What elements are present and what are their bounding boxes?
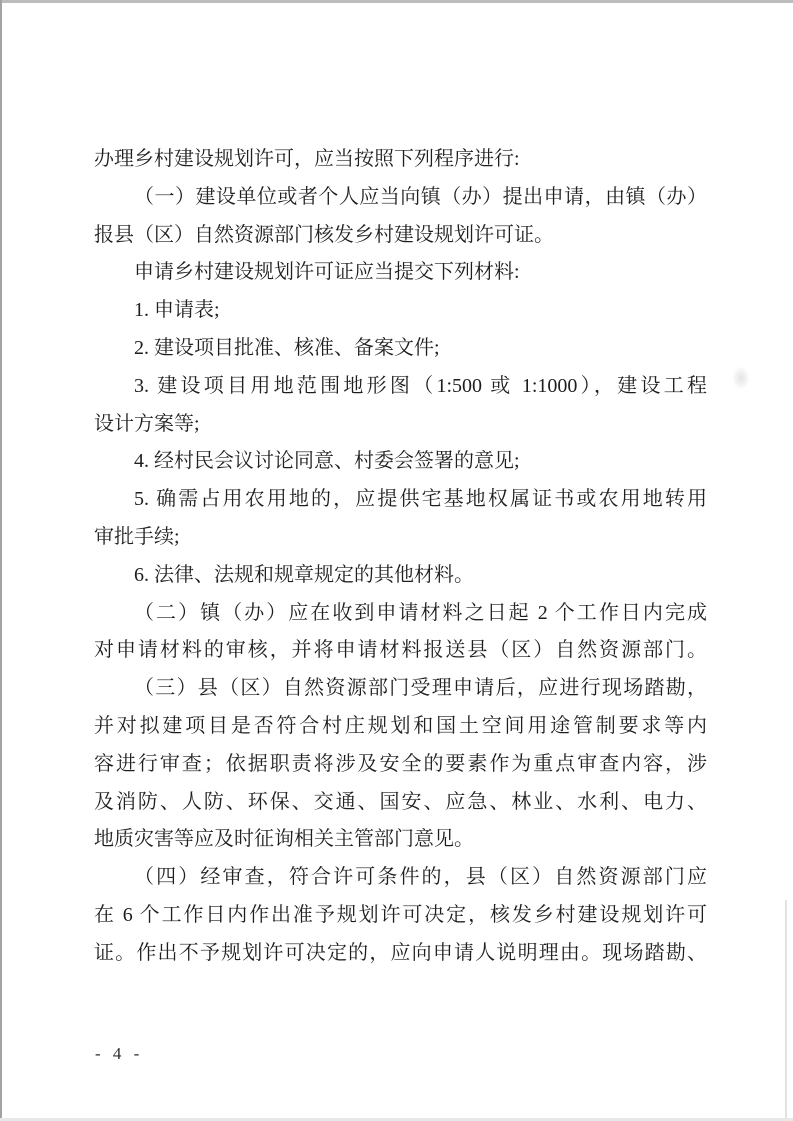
scan-edge-top <box>0 0 793 3</box>
text-line: 办理乡村建设规划许可，应当按照下列程序进行: <box>94 141 707 179</box>
text-line: 6. 法律、法规和规章规定的其他材料。 <box>94 557 707 595</box>
scan-edge-left <box>0 0 2 1121</box>
text-line: 设计方案等; <box>94 406 707 444</box>
text-line: 4. 经村民会议讨论同意、村委会签署的意见; <box>94 443 707 481</box>
text-line: 审批手续; <box>94 519 707 557</box>
page-number: - 4 - <box>95 1044 143 1064</box>
text-line: 地质灾害等应及时征询相关主管部门意见。 <box>94 821 707 859</box>
scan-edge-right <box>785 900 787 1121</box>
text-line: （四）经审查，符合许可条件的，县（区）自然资源部门应 <box>94 859 707 897</box>
text-line: 在 6 个工作日内作出准予规划许可决定，核发乡村建设规划许可 <box>94 897 707 935</box>
document-page: 办理乡村建设规划许可，应当按照下列程序进行: （一）建设单位或者个人应当向镇（办… <box>0 0 793 1121</box>
text-line: 报县（区）自然资源部门核发乡村建设规划许可证。 <box>94 217 707 255</box>
text-line: （一）建设单位或者个人应当向镇（办）提出申请，由镇（办） <box>94 179 707 217</box>
text-line: 1. 申请表; <box>94 292 707 330</box>
text-line: （二）镇（办）应在收到申请材料之日起 2 个工作日内完成 <box>94 595 707 633</box>
text-line: （三）县（区）自然资源部门受理申请后，应进行现场踏勘， <box>94 670 707 708</box>
text-line: 对申请材料的审核，并将申请材料报送县（区）自然资源部门。 <box>94 632 707 670</box>
text-line: 5. 确需占用农用地的，应提供宅基地权属证书或农用地转用 <box>94 481 707 519</box>
text-line: 3. 建设项目用地范围地形图（1:500 或 1:1000），建设工程 <box>94 368 707 406</box>
text-line: 及消防、人防、环保、交通、国安、应急、林业、水利、电力、 <box>94 784 707 822</box>
text-line: 2. 建设项目批准、核准、备案文件; <box>94 330 707 368</box>
text-line: 申请乡村建设规划许可证应当提交下列材料: <box>94 254 707 292</box>
scan-smudge <box>732 366 750 390</box>
text-line: 并对拟建项目是否符合村庄规划和国土空间用途管制要求等内 <box>94 708 707 746</box>
text-line: 容进行审查；依据职责将涉及安全的要素作为重点审查内容，涉 <box>94 746 707 784</box>
text-line: 证。作出不予规划许可决定的，应向申请人说明理由。现场踏勘、 <box>94 935 707 973</box>
document-body: 办理乡村建设规划许可，应当按照下列程序进行: （一）建设单位或者个人应当向镇（办… <box>94 141 707 973</box>
